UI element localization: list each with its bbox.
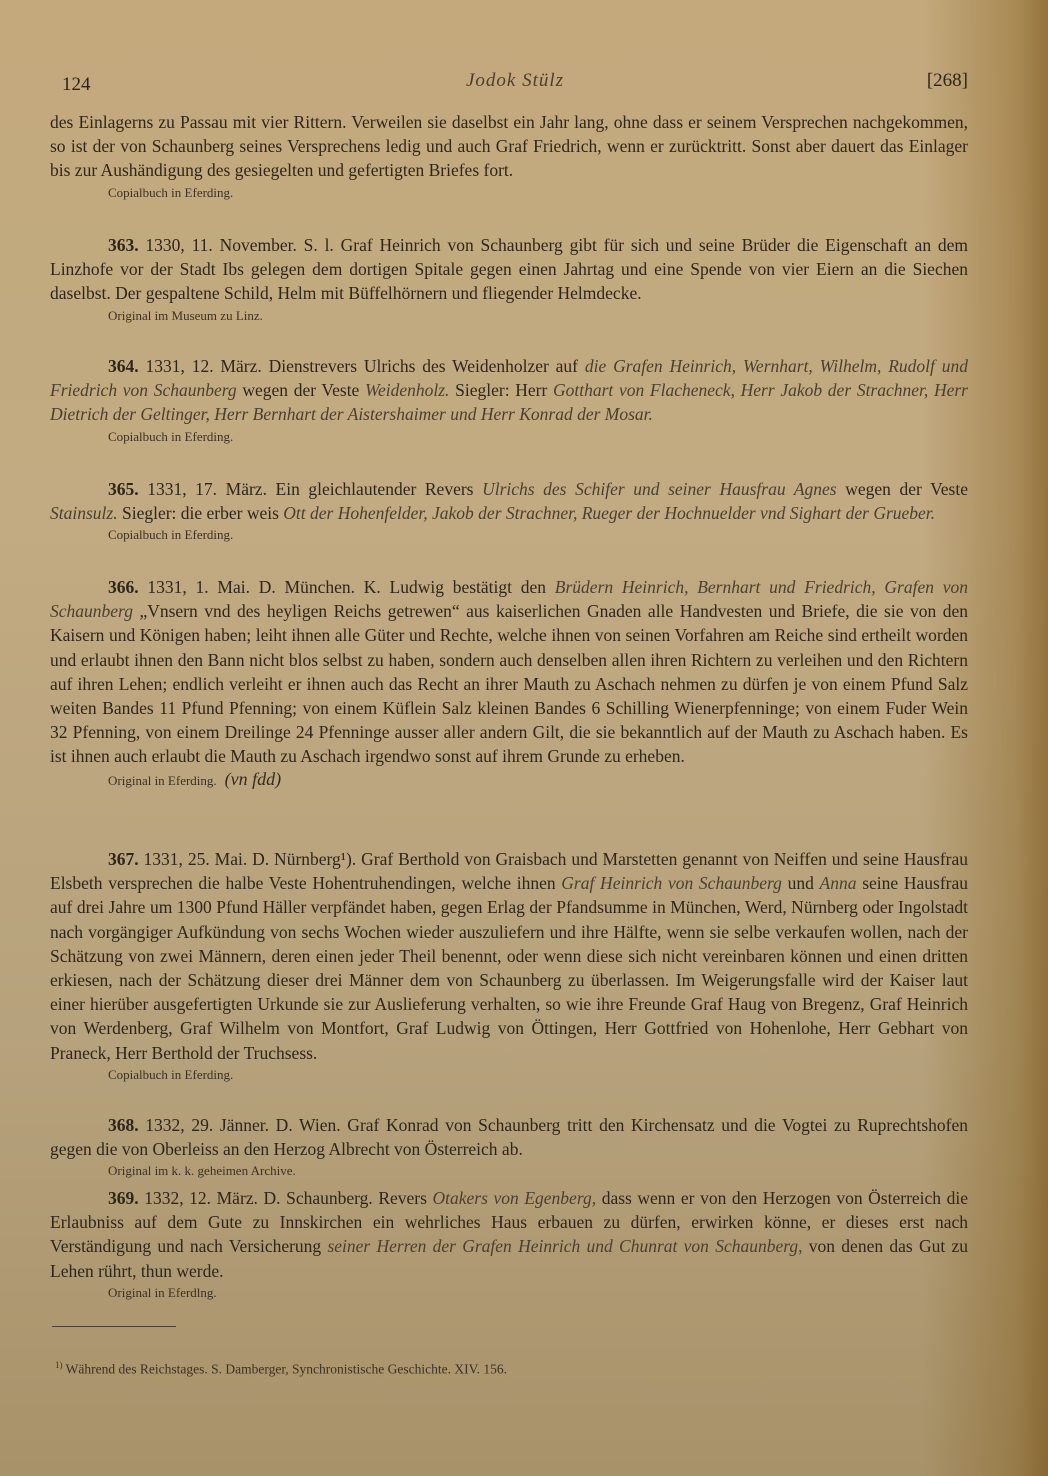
entry-source: Copialbuch in Eferding.	[108, 183, 968, 203]
entry-number: 367.	[108, 849, 139, 869]
footnote: 1) Während des Reichstages. S. Damberger…	[55, 1360, 507, 1378]
entry-text: 363. 1330, 11. November. S. l. Graf Hein…	[50, 233, 968, 306]
handwritten-annotation: (vn fdd)	[225, 769, 281, 789]
entry-363: 363. 1330, 11. November. S. l. Graf Hein…	[50, 233, 968, 326]
footnote-text: Während des Reichstages. S. Damberger, S…	[66, 1362, 507, 1377]
entry-text: 368. 1332, 29. Jänner. D. Wien. Graf Kon…	[50, 1113, 968, 1161]
running-header: 124 Jodok Stülz [268]	[62, 70, 968, 100]
entry-source: Copialbuch in Eferding.	[108, 525, 968, 545]
entry-number: 363.	[108, 235, 139, 255]
entry-number: 368.	[108, 1115, 139, 1135]
entry-text: des Einlagerns zu Passau mit vier Ritter…	[50, 110, 968, 183]
entry-text: 369. 1332, 12. März. D. Schaunberg. Reve…	[50, 1186, 968, 1283]
entry-continuation: des Einlagerns zu Passau mit vier Ritter…	[50, 110, 968, 203]
entry-source: Original im Museum zu Linz.	[108, 306, 968, 326]
entry-number: 366.	[108, 577, 139, 597]
footnote-marker: 1)	[55, 1360, 63, 1370]
running-title: Jodok Stülz	[62, 70, 968, 92]
entry-365: 365. 1331, 17. März. Ein gleichlautender…	[50, 477, 968, 545]
entry-source: Copialbuch in Eferding.	[108, 427, 968, 447]
entry-number: 364.	[108, 356, 139, 376]
entry-369: 369. 1332, 12. März. D. Schaunberg. Reve…	[50, 1186, 968, 1303]
entry-366: 366. 1331, 1. Mai. D. München. K. Ludwig…	[50, 575, 968, 791]
entry-source: Original in Eferdlng.	[108, 1283, 968, 1303]
entry-text: 367. 1331, 25. Mai. D. Nürnberg¹). Graf …	[50, 847, 968, 1065]
original-page-number: [268]	[927, 70, 968, 92]
entry-text: 366. 1331, 1. Mai. D. München. K. Ludwig…	[50, 575, 968, 769]
entry-source: Original in Eferding.(vn fdd)	[108, 769, 968, 791]
entry-364: 364. 1331, 12. März. Dienstrevers Ulrich…	[50, 354, 968, 447]
entry-number: 369.	[108, 1188, 139, 1208]
footnote-divider	[52, 1326, 176, 1327]
entry-source: Copialbuch in Eferding.	[108, 1065, 968, 1085]
entry-368: 368. 1332, 29. Jänner. D. Wien. Graf Kon…	[50, 1113, 968, 1181]
entry-number: 365.	[108, 479, 139, 499]
entry-source: Original im k. k. geheimen Archive.	[108, 1161, 968, 1181]
entry-367: 367. 1331, 25. Mai. D. Nürnberg¹). Graf …	[50, 847, 968, 1085]
entry-text: 365. 1331, 17. März. Ein gleichlautender…	[50, 477, 968, 525]
entry-text: 364. 1331, 12. März. Dienstrevers Ulrich…	[50, 354, 968, 427]
book-page: 124 Jodok Stülz [268] des Einlagerns zu …	[0, 0, 1048, 1476]
